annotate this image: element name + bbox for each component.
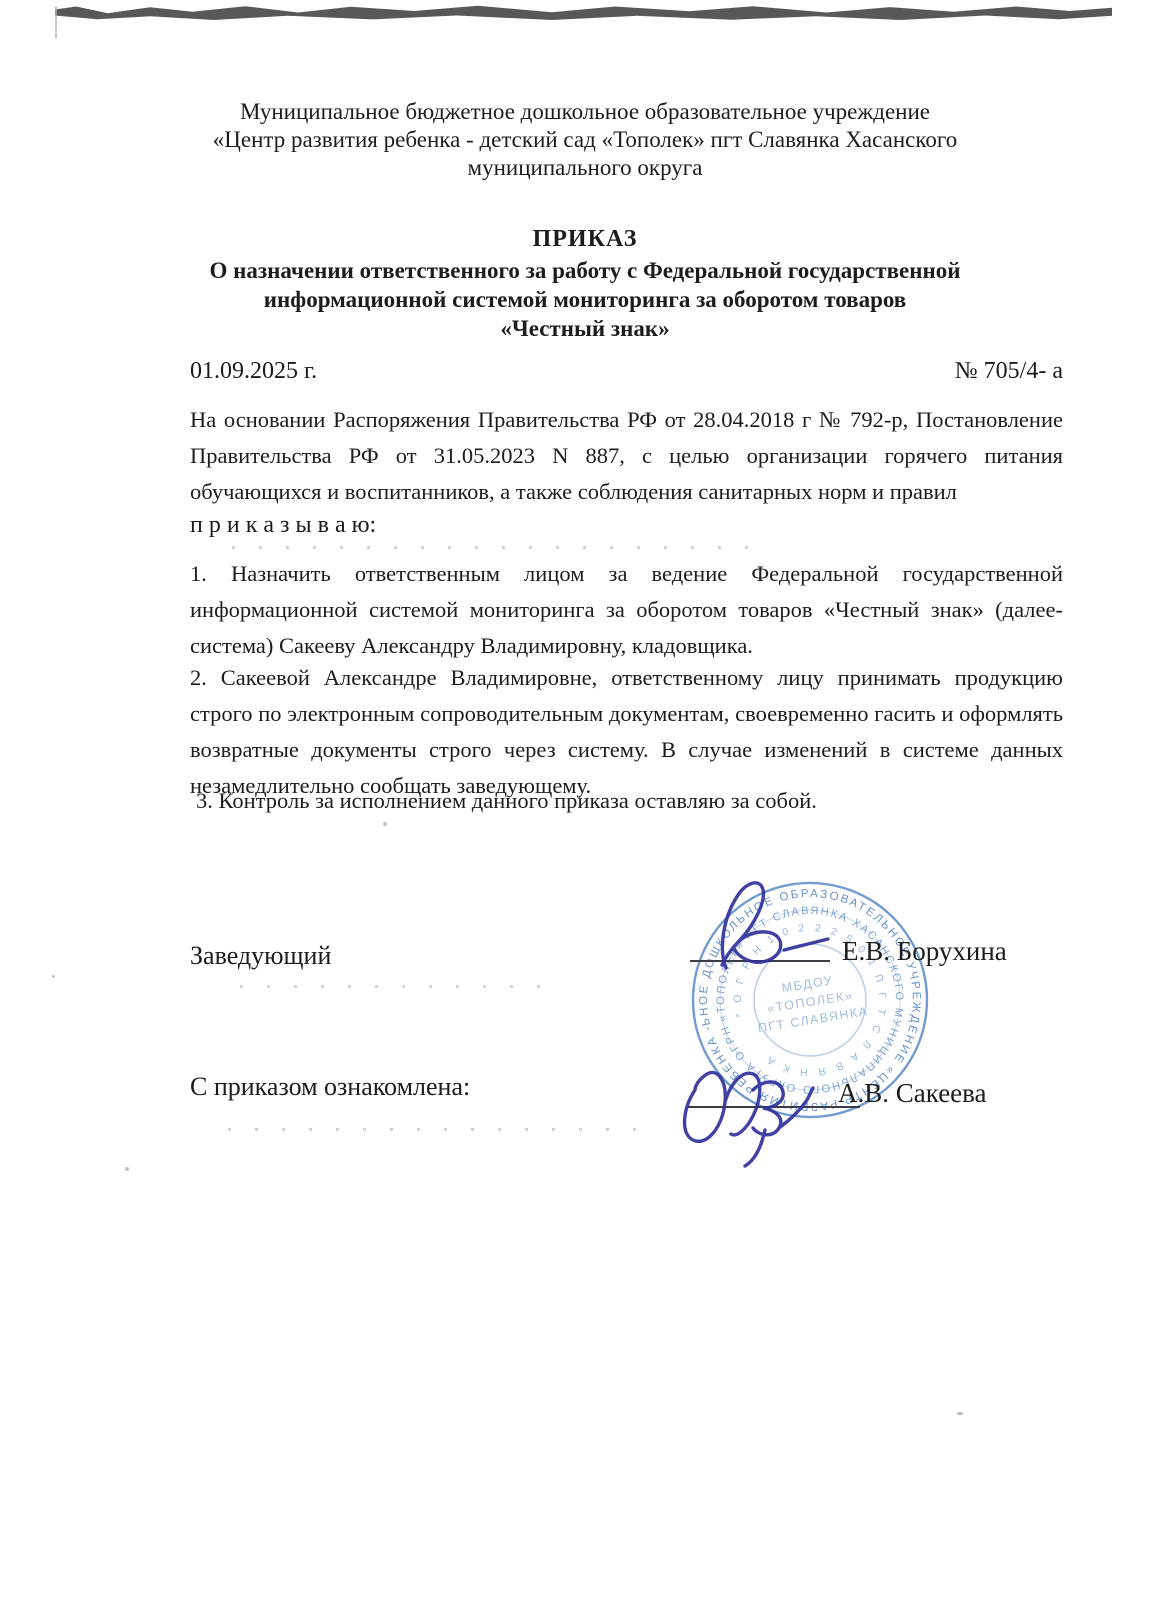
subject-line3: «Честный знак» [140,314,1030,343]
order-item-3: 3. Контроль за исполнением данного прика… [190,783,1069,819]
org-name-line1: Муниципальное бюджетное дошкольное образ… [140,98,1030,126]
scan-speck [383,822,387,826]
faded-scan-text-row [232,546,752,549]
scan-speck [957,1412,963,1415]
document-subject: О назначении ответственного за работу с … [140,256,1030,343]
subject-line2: информационной системой мониторинга за о… [140,285,1030,314]
document-type-title: ПРИКАЗ [140,226,1030,253]
signature-line-director [690,960,830,962]
scan-artifact-tick [55,6,57,38]
signer-role-acknowledged: С приказом ознакомлена: [190,1072,470,1102]
scan-speck [52,975,55,978]
faded-scan-text-row [228,1128,653,1131]
order-item-1: 1. Назначить ответственным лицом за веде… [190,556,1063,664]
document-number: № 705/4- а [955,358,1063,385]
org-name-line2: «Центр развития ребенка - детский сад «Т… [140,126,1030,154]
scan-speck [125,1167,129,1171]
faded-scan-text-row [240,985,545,988]
signature-line-acknowledged [688,1106,860,1108]
signer-name-director: Е.В. Борухина [842,936,1007,967]
org-name-line3: муниципального округа [140,154,1030,182]
subject-line1: О назначении ответственного за работу с … [140,256,1030,285]
order-word: п р и к а з ы в а ю: [190,512,376,539]
scan-artifact-band [55,5,1112,20]
scanned-order-document: { "org": { "line1": "Муниципальное бюдже… [0,0,1164,1600]
preamble-paragraph: На основании Распоряжения Правительства … [190,402,1063,510]
meta-row: 01.09.2025 г. № 705/4- а [190,358,1063,385]
stamp-center-text: МБДОУ «ТОПОЛЕК» ПГТ СЛАВЯНКА [751,969,869,1036]
signer-name-acknowledged: А.В. Сакеева [838,1078,987,1109]
signer-role-director: Заведующий [190,941,331,971]
document-date: 01.09.2025 г. [190,358,317,385]
org-header: Муниципальное бюджетное дошкольное образ… [140,98,1030,182]
